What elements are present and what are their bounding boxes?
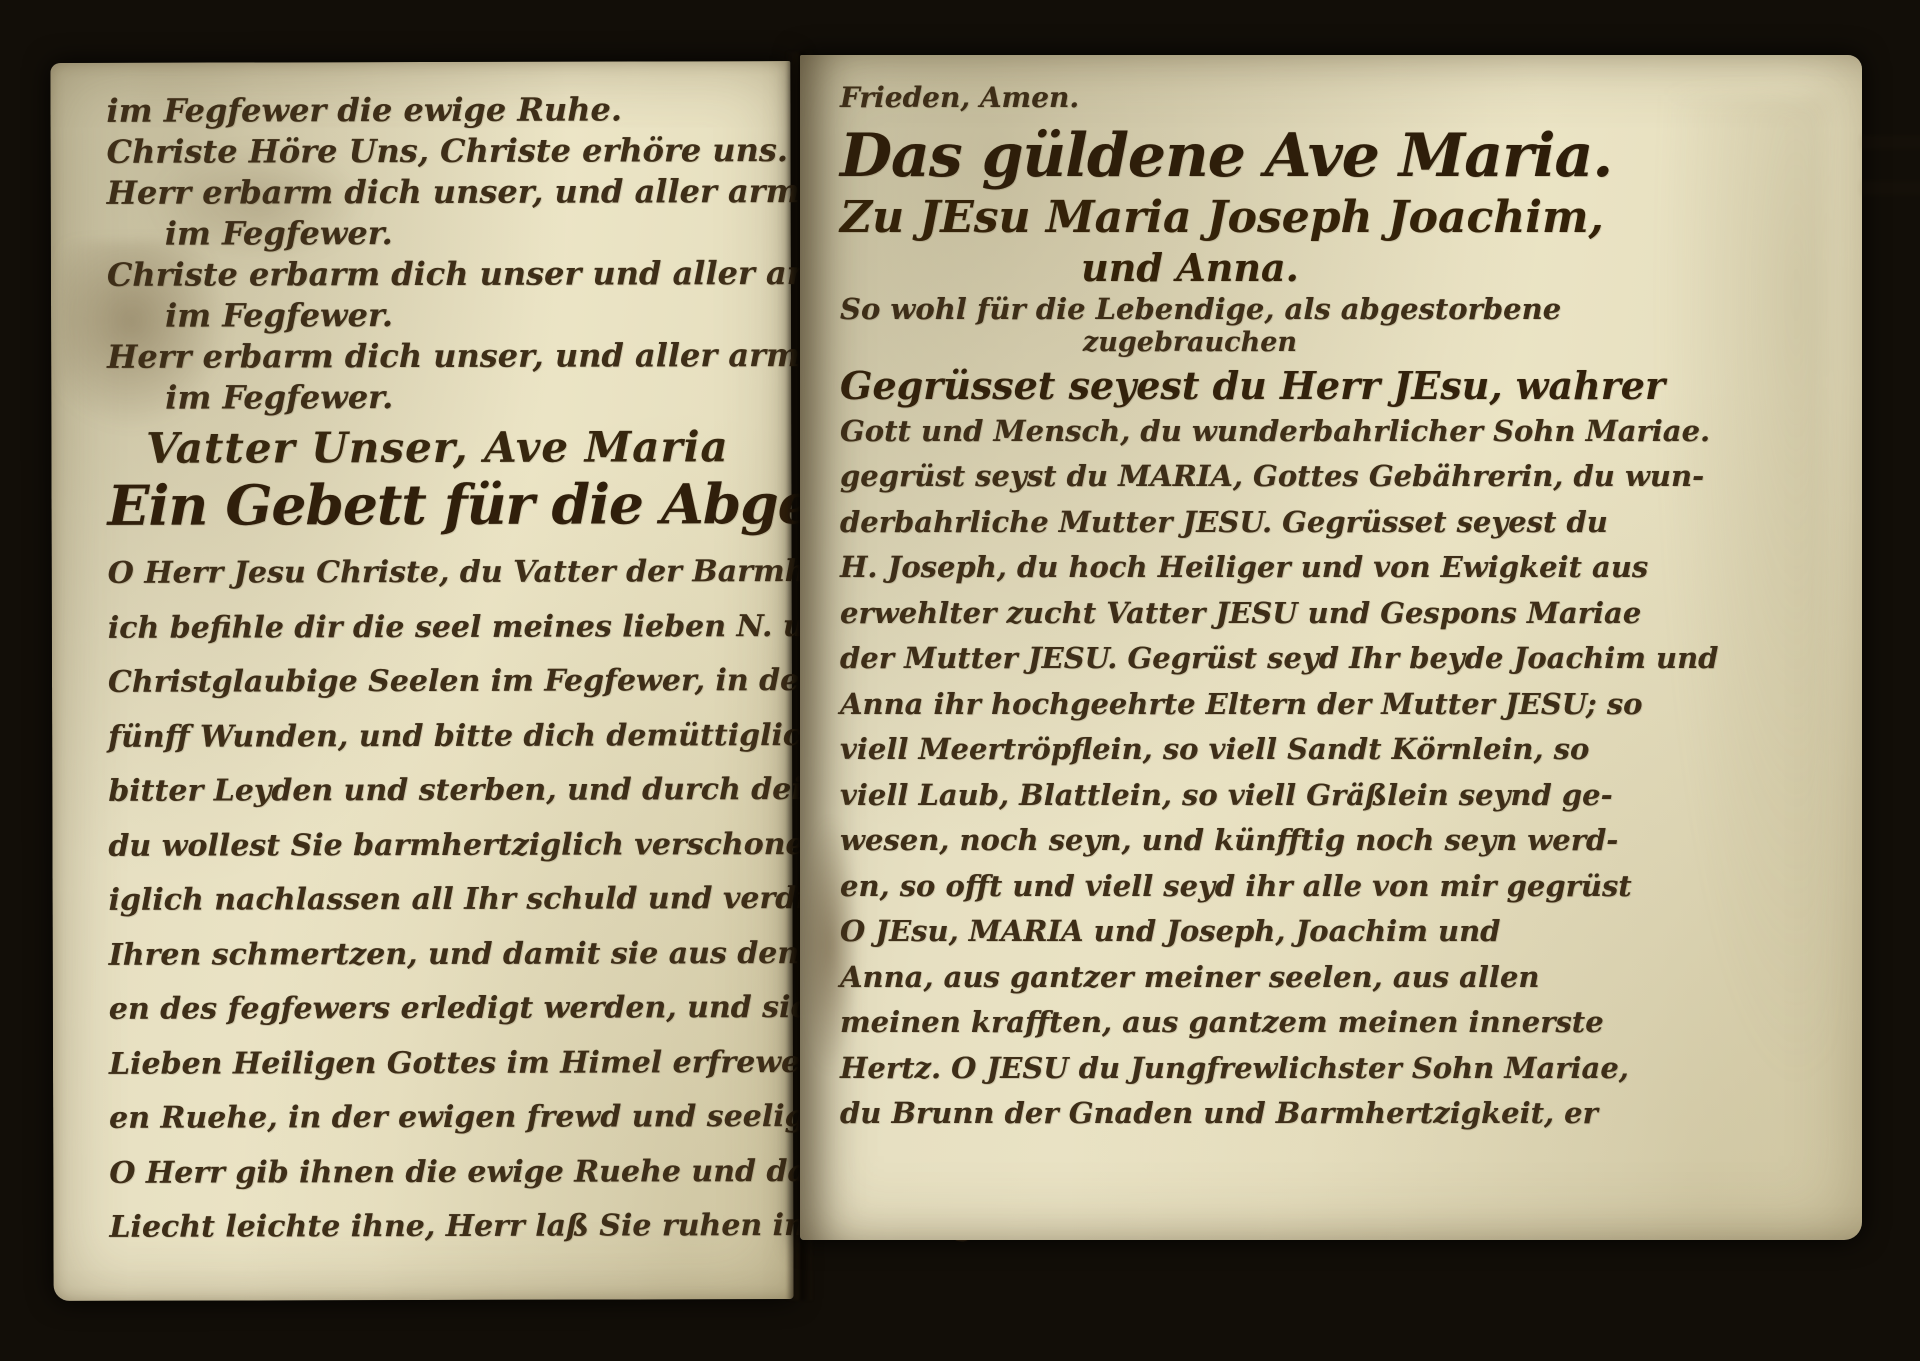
left-page-body: O Herr Jesu Christe, du Vatter der Barmh… [108, 545, 770, 1255]
manuscript-line: du wollest Sie barmhertziglich verschone… [108, 818, 768, 874]
manuscript-line: Hertz. O JESU du Jungfrewlichster Sohn M… [840, 1046, 1540, 1092]
manuscript-line: viell Laub, Blattlein, so viell Gräßlein… [840, 773, 1540, 819]
manuscript-line: bitter Leyden und sterben, und durch dei… [108, 763, 768, 819]
manuscript-line: im Fegfewer die ewige Ruhe. [106, 89, 766, 132]
manuscript-line: Anna, aus gantzer meiner seelen, aus all… [840, 955, 1540, 1001]
left-page-text: im Fegfewer die ewige Ruhe.Christe Höre … [106, 89, 769, 1255]
manuscript-line: en, so offt und viell seyd ihr alle von … [840, 864, 1540, 910]
manuscript-line: O Herr gib ihnen die ewige Ruehe und das… [109, 1145, 769, 1201]
right-page: Frieden, Amen. Das güldene Ave Maria. Zu… [800, 55, 1862, 1240]
manuscript-line: Anna ihr hochgeehrte Eltern der Mutter J… [840, 682, 1540, 728]
manuscript-line: Liecht leichte ihne, Herr laß Sie ruhen … [109, 1199, 769, 1255]
right-page-subheading: So wohl für die Lebendige, als abgestorb… [840, 291, 1540, 327]
manuscript-line: Christe erbarm dich unser und aller arme… [107, 253, 767, 296]
manuscript-line: iglich nachlassen all Ihr schuld und ver… [109, 872, 769, 928]
manuscript-line: im Fegfewer. [107, 294, 767, 337]
manuscript-line: gegrüst seyst du MARIA, Gottes Gebähreri… [840, 454, 1540, 500]
manuscript-line: en Ruehe, in der ewigen frewd und seelig… [109, 1090, 769, 1146]
manuscript-scan: im Fegfewer die ewige Ruhe.Christe Höre … [0, 0, 1920, 1361]
manuscript-line: Herr erbarm dich unser, und aller arme s… [107, 171, 767, 214]
manuscript-line: meinen krafften, aus gantzem meinen inne… [840, 1000, 1540, 1046]
right-page-subheading: zugebrauchen [840, 327, 1540, 359]
right-page-heading: Das güldene Ave Maria. [840, 121, 1540, 191]
manuscript-line: du Brunn der Gnaden und Barmhertzigkeit,… [840, 1091, 1540, 1137]
left-page-subheading: Vatter Unser, Ave Maria [107, 423, 767, 473]
right-page-subheading: Zu JEsu Maria Joseph Joachim, [840, 191, 1540, 245]
manuscript-line: Gegrüsset seyest du Herr JEsu, wahrer [840, 363, 1540, 409]
right-page-body: Gegrüsset seyest du Herr JEsu, wahrerGot… [840, 363, 1540, 1137]
manuscript-line: O JEsu, MARIA und Joseph, Joachim und [840, 909, 1540, 955]
manuscript-line: viell Meertröpflein, so viell Sandt Körn… [840, 727, 1540, 773]
manuscript-line: Ihren schmertzen, und damit sie aus dene… [109, 927, 769, 983]
manuscript-line: en des fegfewers erledigt werden, und si… [109, 981, 769, 1037]
manuscript-line: Herr erbarm dich unser, und aller armen … [107, 335, 767, 378]
manuscript-line: Christglaubige Seelen im Fegfewer, in de… [108, 654, 768, 710]
right-page-subheading: und Anna. [840, 245, 1540, 291]
ink-bleedthrough [1860, 135, 1920, 205]
right-page-opening-line: Frieden, Amen. [840, 81, 1540, 115]
manuscript-line: im Fegfewer. [107, 376, 767, 419]
manuscript-line: wesen, noch seyn, und künfftig noch seyn… [840, 818, 1540, 864]
manuscript-line: der Mutter JESU. Gegrüst seyd Ihr beyde … [840, 636, 1540, 682]
manuscript-line: Christe Höre Uns, Christe erhöre uns. [107, 130, 767, 173]
right-page-text: Frieden, Amen. Das güldene Ave Maria. Zu… [840, 81, 1540, 1137]
manuscript-line: O Herr Jesu Christe, du Vatter der Barmh… [108, 545, 768, 601]
left-page: im Fegfewer die ewige Ruhe.Christe Höre … [50, 61, 793, 1301]
manuscript-line: im Fegfewer. [107, 212, 767, 255]
litany-block: im Fegfewer die ewige Ruhe.Christe Höre … [106, 89, 767, 419]
left-page-heading: Ein Gebett für die Abgestorbene [107, 471, 767, 539]
manuscript-line: ich befihle dir die seel meines lieben N… [108, 600, 768, 656]
manuscript-line: Lieben Heiligen Gottes im Himel erfrewen… [109, 1036, 769, 1092]
manuscript-line: erwehlter zucht Vatter JESU und Gespons … [840, 591, 1540, 637]
manuscript-line: H. Joseph, du hoch Heiliger und von Ewig… [840, 545, 1540, 591]
manuscript-line: derbahrliche Mutter JESU. Gegrüsset seye… [840, 500, 1540, 546]
parchment-stain [1660, 95, 1830, 1095]
manuscript-line: fünff Wunden, und bitte dich demüttiglic… [108, 709, 768, 765]
manuscript-line: Gott und Mensch, du wunderbahrlicher Soh… [840, 409, 1540, 455]
